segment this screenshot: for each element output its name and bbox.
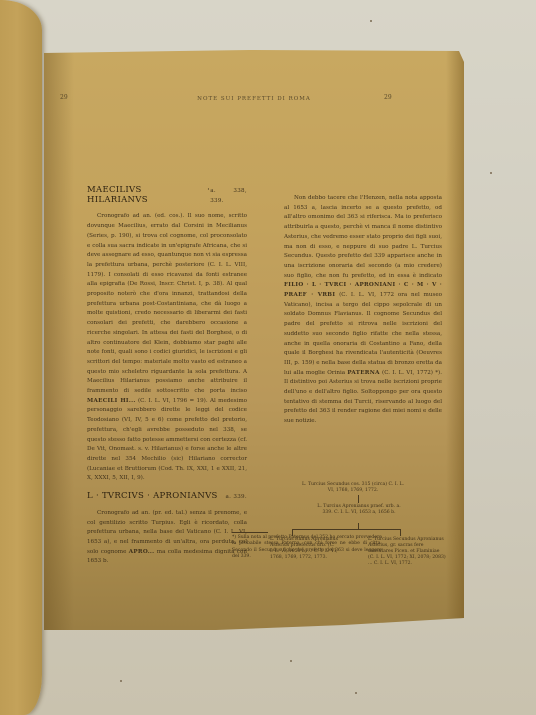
page-number-right: 29 — [384, 94, 392, 101]
stemma-line — [292, 529, 293, 536]
stemma-root: L. Turcius Secundus cos. 315 (circa) C. … — [298, 482, 408, 494]
stemma-grandchild-right: L. Turcius Secundus Apronianus Asterius,… — [368, 537, 446, 567]
stemma-line — [400, 529, 401, 536]
running-head: NOTE SUI PREFETTI DI ROMA — [44, 96, 464, 102]
dust-speck — [290, 660, 292, 662]
stemma-line — [358, 495, 359, 503]
dust-speck — [370, 20, 372, 22]
stemma-grandchild-left: L. Turcius Rufius Apronianus Asterius pr… — [270, 537, 338, 561]
entry-heading: L · TVRCIVS · APRONIANVS a. 339. — [87, 492, 247, 503]
right-column: Non debbo tacere che l'Henzen, nella not… — [284, 194, 442, 427]
entry-paragraph: Cronografo ad an. (pr. ed. tal.) senza i… — [87, 509, 247, 567]
left-column: MAECILIVS · HILARIANVS a. 338, 339. Cron… — [87, 186, 247, 567]
family-stemma: L. Turcius Secundus cos. 315 (circa) C. … — [270, 482, 450, 577]
inscription-text: PATERNA — [347, 370, 379, 376]
entry-heading: MAECILIVS · HILARIANVS a. 338, 339. — [87, 186, 247, 206]
page-number-left: 29 — [60, 94, 68, 101]
inscription-text: APRO... — [129, 549, 155, 555]
dust-speck — [120, 680, 122, 682]
entry-name: L · TVRCIVS · APRONIANVS — [87, 492, 218, 502]
dust-speck — [355, 692, 357, 694]
facing-page-edge — [0, 0, 42, 715]
stemma-child: L. Turcius Apronianus praef. urb. a. 339… — [314, 504, 404, 516]
dust-speck — [490, 172, 492, 174]
entry-name: MAECILIVS · HILARIANVS — [87, 186, 210, 205]
stemma-line — [292, 529, 400, 530]
entry-date: a. 339. — [226, 493, 247, 503]
entry-date: a. 338, 339. — [210, 187, 247, 206]
document-page: 29 NOTE SUI PREFETTI DI ROMA 29 MAECILIV… — [44, 50, 464, 630]
right-paragraph: Non debbo tacere che l'Henzen, nella not… — [284, 194, 442, 427]
inscription-text: MAECILI HI... — [87, 398, 136, 404]
entry-paragraph: Cronografo ad an. (ed. cos.). Il suo nom… — [87, 212, 247, 484]
